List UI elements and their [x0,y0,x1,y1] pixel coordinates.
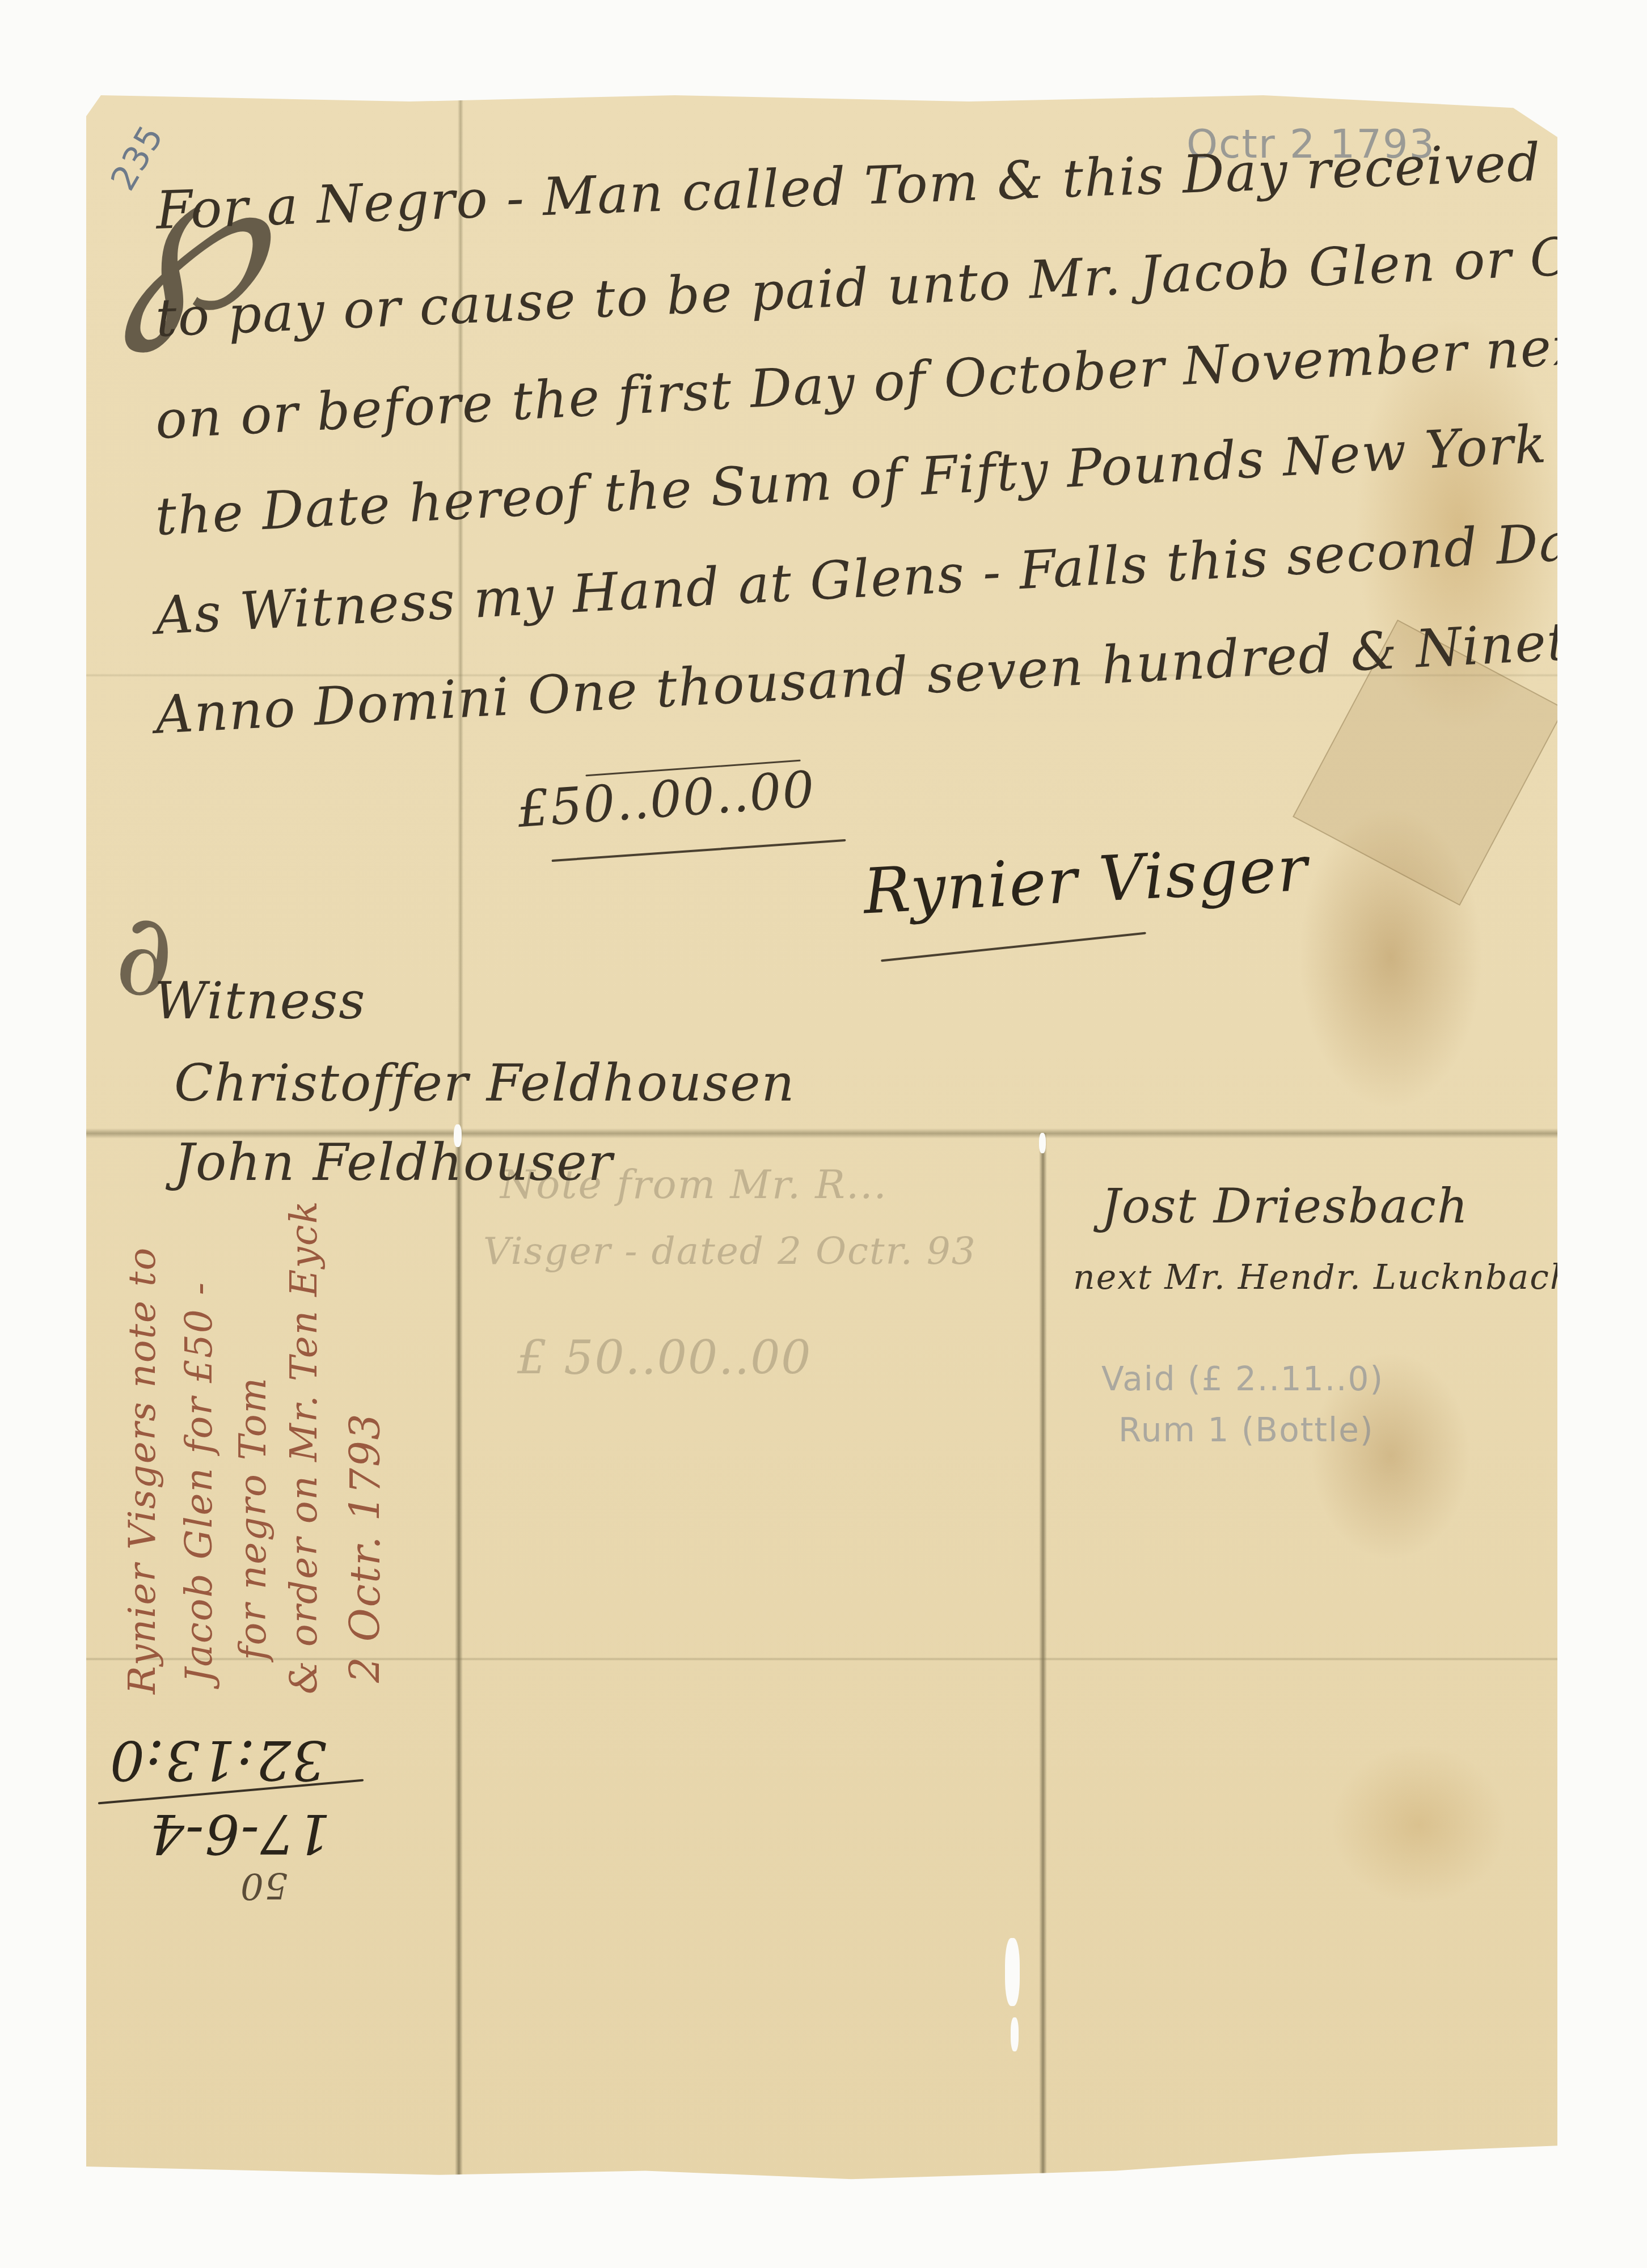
amount-underline [551,839,846,862]
paper-hole [1039,1133,1046,1153]
docket-line-5: 2 Octr. 1793 [341,1413,389,1683]
paper-hole [1011,2017,1019,2051]
right-line-1: Jost Driesbach [1101,1178,1469,1234]
manuscript-page: 235 Octr 2 1793 ℘ For a Negro - Man call… [86,95,1557,2187]
amount: £50..00..00 [516,760,817,839]
sum-note: 50 [239,1864,288,1906]
paper-hole [1005,1938,1020,2006]
body-line-1: For a Negro - Man called Tom & this Day … [155,122,1647,241]
docket-line-1: Rynier Visgers note to [120,1247,164,1694]
middle-line-3: £ 50..00..00 [517,1331,812,1385]
docket-line-3: for negro Tom [231,1377,274,1660]
witness-1: Christoffer Feldhousen [174,1053,795,1113]
paper-hole [454,1124,462,1147]
sum-bottom: 17-6-4 [149,1802,331,1865]
sum-top: 32:13:0 [109,1728,327,1792]
docket-line-2: Jacob Glen for £50 - [177,1281,221,1683]
middle-line-2: Visger - dated 2 Octr. 93 [483,1229,977,1273]
right-pencil-2: Rum 1 (Bottle) [1118,1411,1374,1449]
witness-label: Witness [154,971,366,1031]
docket-line-4: & order on Mr. Ten Eyck [282,1200,326,1694]
right-pencil-1: Vaid (£ 2..11..0) [1101,1360,1384,1398]
signature: Rynier Visger [861,832,1310,928]
middle-line-1: Note from Mr. R... [500,1161,888,1208]
right-line-2: next Mr. Hendr. Lucknbach [1073,1258,1573,1297]
signature-flourish [881,932,1146,962]
